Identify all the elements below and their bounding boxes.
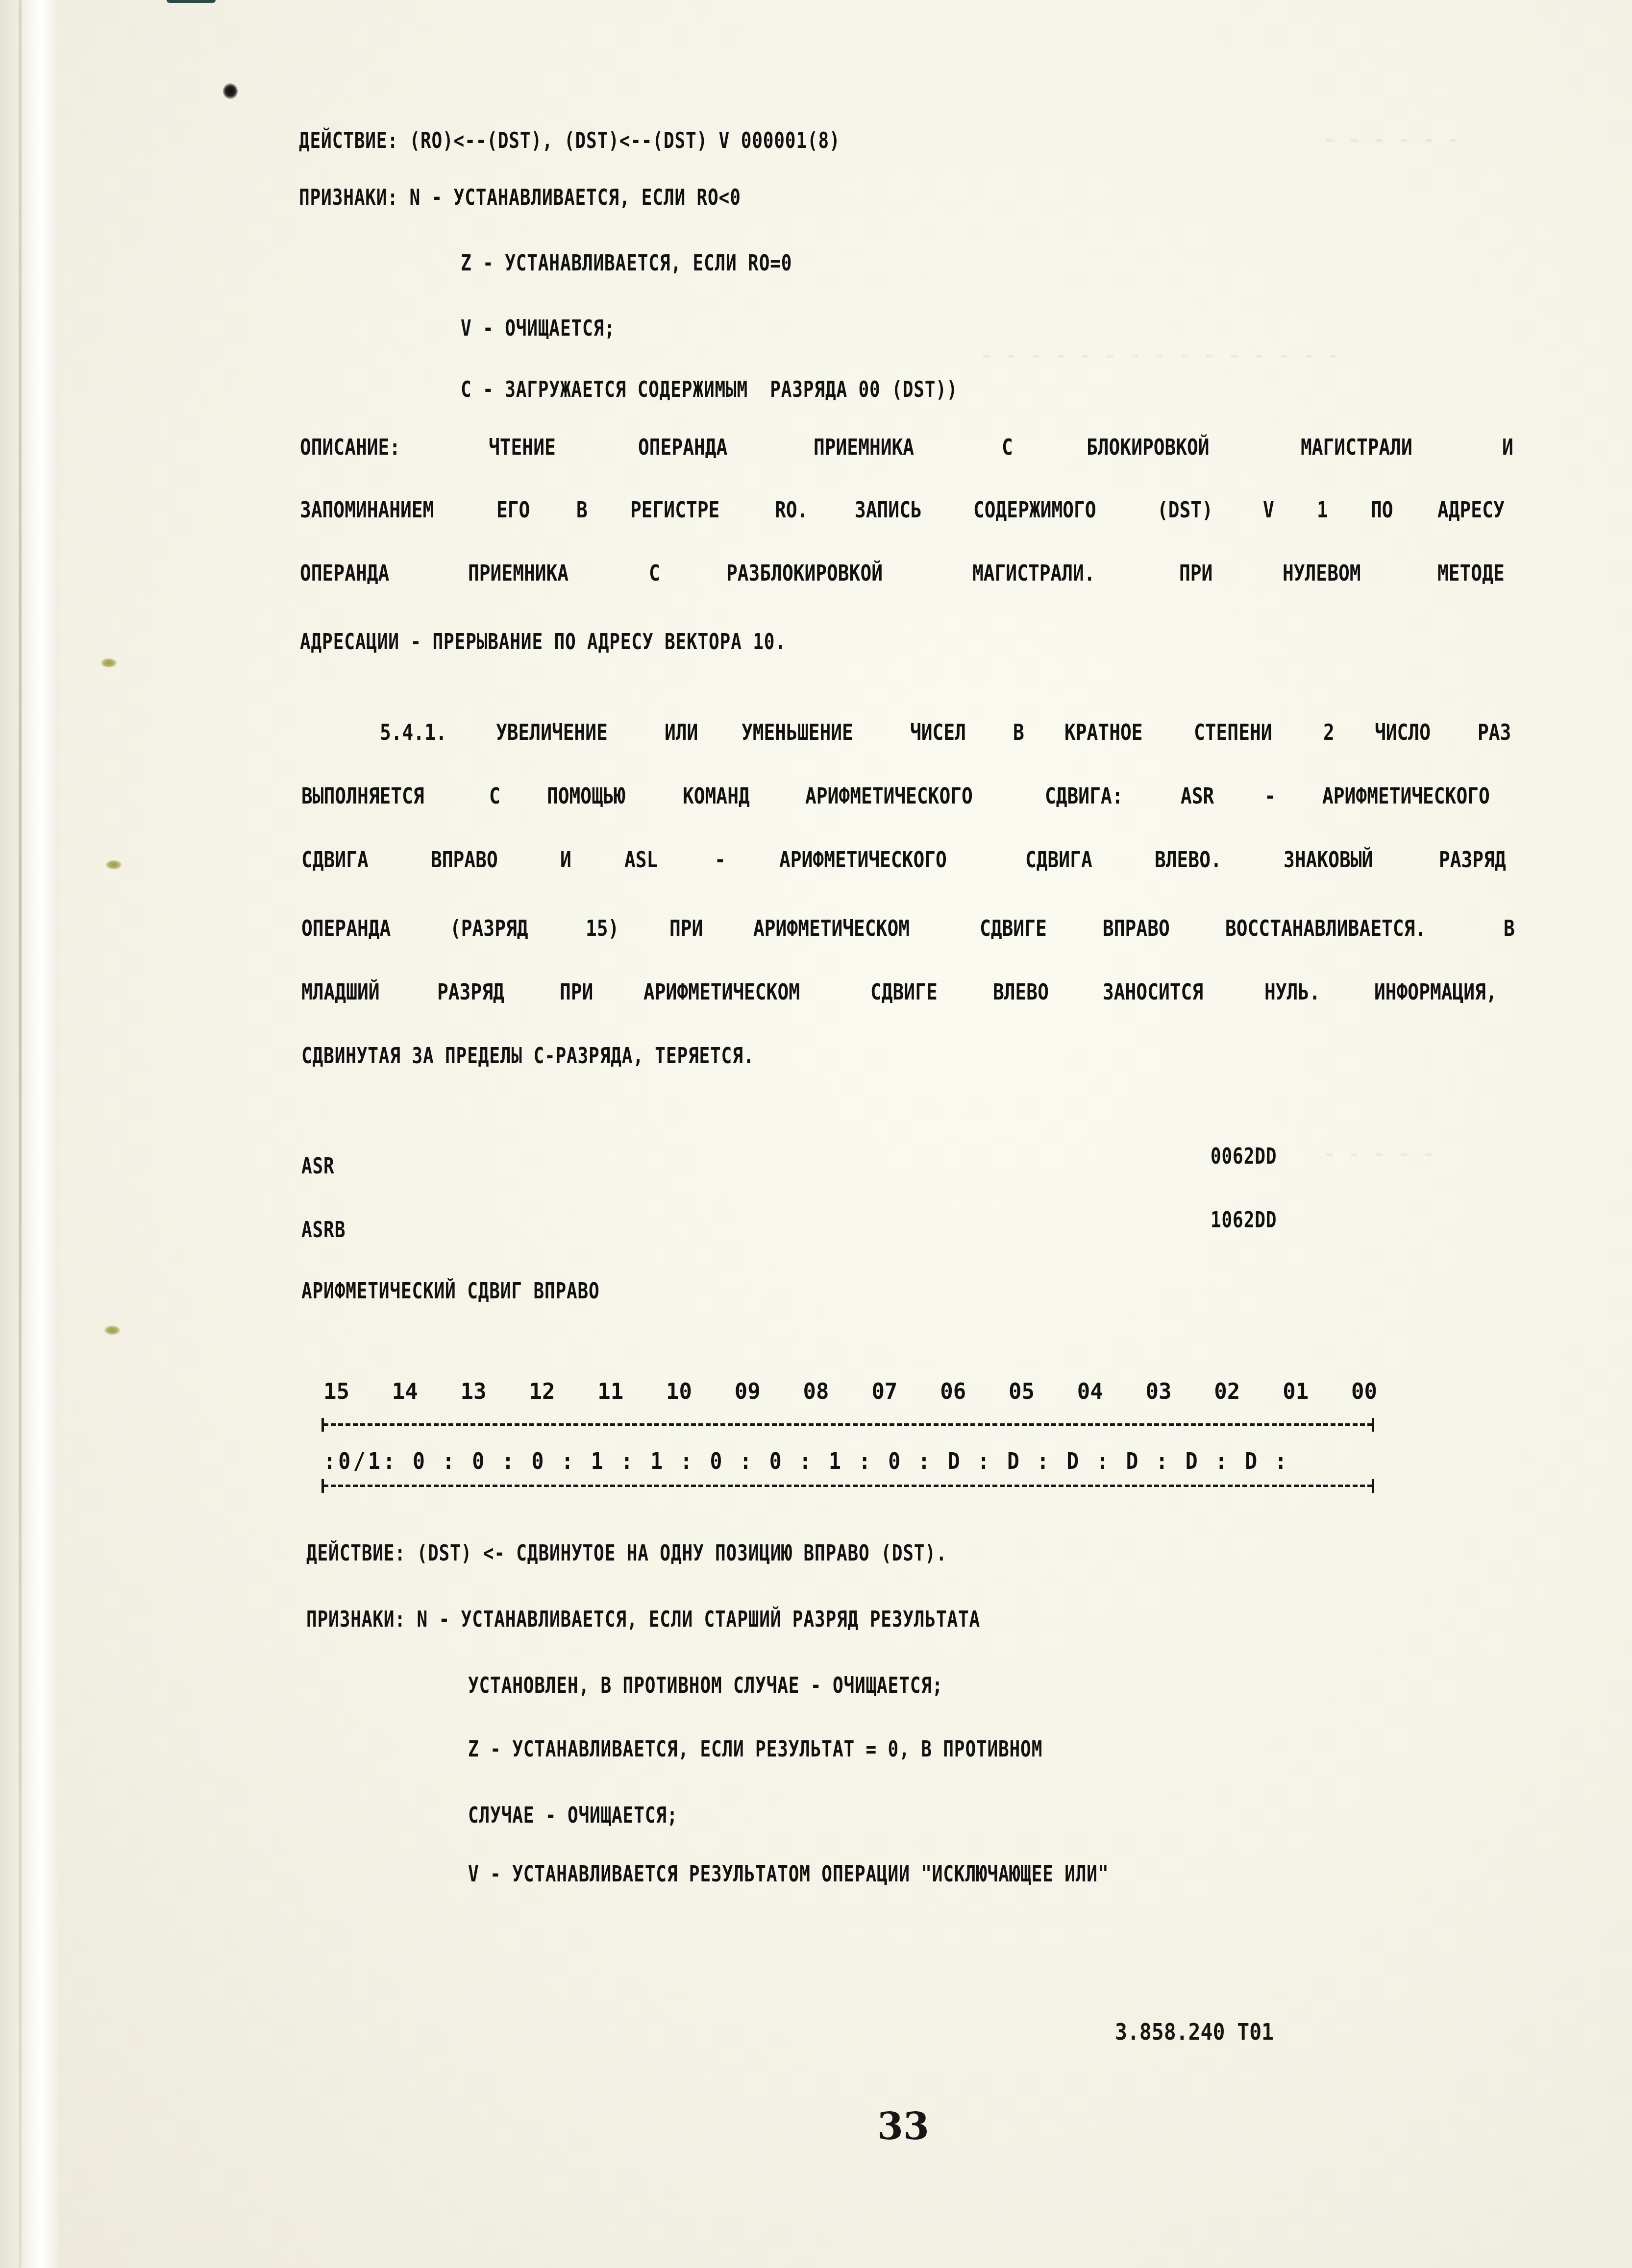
flags-label: ПРИЗНАКИ: [306,1607,406,1632]
flags-line: ПРИЗНАКИ: N - УСТАНАВЛИВАЕТСЯ, ЕСЛИ RO<0 [299,185,741,210]
document-code: 3.858.240 Т01 [1115,2019,1274,2045]
word: СДВИГЕ [980,916,1047,941]
word: 15) [586,916,619,941]
section-line: МЛАДШИЙРАЗРЯДПРИАРИФМЕТИЧЕСКОМСДВИГЕВЛЕВ… [301,980,1517,1005]
paper-crease [19,0,22,2268]
bit-number: 09 [735,1379,761,1404]
word: НУЛЕВОМ [1283,561,1360,586]
bit-number: 10 [666,1379,692,1404]
section-line: СДВИГАВПРАВОИASL-АРИФМЕТИЧЕСКОГОСДВИГАВЛ… [301,848,1517,873]
word: ВЫПОЛНЯЕТСЯ [301,784,424,809]
word: ЗАПОМИНАНИЕМ [300,498,434,523]
word: АДРЕСУ [1437,498,1505,523]
word: С [489,784,500,809]
opcode-code: 1062DD [1211,1208,1277,1233]
word: НУЛЬ. [1264,980,1320,1005]
action-text: (RO)<--(DST), (DST)<--(DST) V 000001(8) [409,128,840,153]
page-number: 33 [877,2104,929,2148]
action-line: ДЕЙСТВИЕ: (RO)<--(DST), (DST)<--(DST) V … [299,128,841,153]
word: УВЕЛИЧЕНИЕ [496,720,608,745]
word: - [715,848,726,873]
flag-n: N - УСТАНАВЛИВАЕТСЯ, ЕСЛИ СТАРШИЙ РАЗРЯД… [417,1607,980,1632]
word: ОПЕРАНДА [638,435,727,460]
bit-number: 05 [1009,1379,1035,1404]
word: ASR [1181,784,1214,809]
word: 2 [1323,720,1335,745]
word: ПРИ [1179,561,1212,586]
bit-number: 13 [461,1379,487,1404]
word: АРИФМЕТИЧЕСКОМ [753,916,910,941]
word: АРИФМЕТИЧЕСКОГО [805,784,973,809]
word: ЧТЕНИЕ [489,435,556,460]
word: ВПРАВО [1103,916,1170,941]
word: РАЗРЯД [1439,848,1506,873]
word: ПРИ [669,916,703,941]
word: СДВИГА: [1045,784,1123,809]
flags-line: ПРИЗНАКИ: N - УСТАНАВЛИВАЕТСЯ, ЕСЛИ СТАР… [306,1607,980,1632]
word: АРИФМЕТИЧЕСКОГО [779,848,947,873]
word: СДВИГЕ [870,980,938,1005]
word: ЗНАКОВЫЙ [1284,848,1373,873]
word: С [1002,435,1013,460]
word: ВЛЕВО [993,980,1049,1005]
bit-number: 12 [529,1379,555,1404]
word: В [576,498,588,523]
description-line: ОПЕРАНДАПРИЕМНИКАСРАЗБЛОКИРОВКОЙМАГИСТРА… [300,561,1515,586]
opcode-mnemonic: ASR [301,1154,335,1179]
word: ПРИЕМНИКА [814,435,914,460]
bit-number: 06 [940,1379,966,1404]
word: ВЛЕВО. [1155,848,1222,873]
word: СОДЕРЖИМОГО [973,498,1096,523]
word: ОПЕРАНДА [300,561,389,586]
flag-v: V - УСТАНАВЛИВАЕТСЯ РЕЗУЛЬТАТОМ ОПЕРАЦИИ… [468,1862,1109,1887]
flag-c: C - ЗАГРУЖАЕТСЯ СОДЕРЖИМЫМ РАЗРЯДА 00 (D… [461,377,958,402]
diagram-top-border [323,1423,1372,1426]
word: ПРИЕМНИКА [468,561,569,586]
bit-number: 15 [323,1379,349,1404]
section-line: ВЫПОЛНЯЕТСЯСПОМОЩЬЮКОМАНДАРИФМЕТИЧЕСКОГО… [301,784,1517,809]
flag-z: Z - УСТАНАВЛИВАЕТСЯ, ЕСЛИ RO=0 [461,251,792,276]
word: БЛОКИРОВКОЙ [1087,435,1210,460]
opcode-code: 0062DD [1211,1144,1277,1169]
word: ЗАПИСЬ [855,498,922,523]
word: ЕГО [496,498,530,523]
word: РЕГИСТРЕ [630,498,719,523]
flag-z-continued: СЛУЧАЕ - ОЧИЩАЕТСЯ; [468,1803,678,1828]
word: РАЗ [1478,720,1511,745]
word: - [1264,784,1276,809]
word: ЗАНОСИТСЯ [1103,980,1203,1005]
word: 1 [1317,498,1328,523]
word: ОПИСАНИЕ: [300,435,400,460]
bit-number: 00 [1351,1379,1377,1404]
bit-number: 07 [871,1379,897,1404]
section-line: ОПЕРАНДА(РАЗРЯД15)ПРИАРИФМЕТИЧЕСКОМСДВИГ… [301,916,1517,941]
binding-hole-icon [105,860,122,870]
word: СТЕПЕНИ [1194,720,1272,745]
word: (DST) [1157,498,1213,523]
bit-number: 01 [1283,1379,1309,1404]
word: ИЛИ [665,720,698,745]
word: ЧИСЛО [1375,720,1431,745]
word: ПРИ [560,980,593,1005]
action-text: (DST) <- СДВИНУТОЕ НА ОДНУ ПОЗИЦИЮ ВПРАВ… [417,1541,947,1566]
word: КРАТНОЕ [1064,720,1142,745]
word: МЕТОДЕ [1437,561,1505,586]
shift-diagram-title: АРИФМЕТИЧЕСКИЙ СДВИГ ВПРАВО [301,1279,600,1304]
ink-blot-icon [223,83,238,99]
word: ИНФОРМАЦИЯ, [1374,980,1497,1005]
binding-hole-icon [104,1325,121,1335]
flag-z: Z - УСТАНАВЛИВАЕТСЯ, ЕСЛИ РЕЗУЛЬТАТ = 0,… [468,1737,1042,1762]
description-line-last: АДРЕСАЦИИ - ПРЕРЫВАНИЕ ПО АДРЕСУ ВЕКТОРА… [300,630,786,655]
word: РАЗБЛОКИРОВКОЙ [726,561,883,586]
bit-number: 04 [1077,1379,1103,1404]
word: МЛАДШИЙ [301,980,379,1005]
description-line: ЗАПОМИНАНИЕМЕГОВРЕГИСТРЕRO.ЗАПИСЬСОДЕРЖИ… [300,498,1515,523]
flag-v: V - ОЧИЩАЕТСЯ; [461,316,616,341]
opcode-mnemonic: ASRB [301,1218,346,1243]
page-binding-edge [0,0,59,2268]
bit-number: 03 [1146,1379,1172,1404]
action-label: ДЕЙСТВИЕ: [299,128,398,153]
word: КОМАНД [683,784,750,809]
word: RO. [775,498,808,523]
flags-label: ПРИЗНАКИ: [299,185,398,210]
word: ВПРАВО [431,848,498,873]
flag-n-continued: УСТАНОВЛЕН, В ПРОТИВНОМ СЛУЧАЕ - ОЧИЩАЕТ… [468,1673,943,1698]
word: ASL [624,848,658,873]
word: МАГИСТРАЛИ [1301,435,1412,460]
word: МАГИСТРАЛИ. [972,561,1095,586]
action-label: ДЕЙСТВИЕ: [306,1541,406,1566]
word: В [1504,916,1515,941]
flag-n: N - УСТАНАВЛИВАЕТСЯ, ЕСЛИ RO<0 [409,185,741,210]
bit-number-row: 15141312111009080706050403020100 [323,1379,1377,1404]
top-edge-tab [167,0,216,3]
word: И [1502,435,1513,460]
word: (РАЗРЯД [450,916,528,941]
word: СДВИГА [1025,848,1092,873]
bit-value-row: :0/1: 0 : 0 : 0 : 1 : 1 : 0 : 0 : 1 : 0 … [323,1448,1289,1474]
word: В [1013,720,1024,745]
scanned-page: - - - - - - - - - - - - - - - - - - - - … [0,0,1632,2268]
section-line: 5.4.1.УВЕЛИЧЕНИЕИЛИУМЕНЬШЕНИЕЧИСЕЛВКРАТН… [380,720,1517,745]
word: ЧИСЕЛ [910,720,966,745]
word: V [1263,498,1274,523]
word: АРИФМЕТИЧЕСКОМ [643,980,800,1005]
binding-hole-icon [100,658,117,668]
bit-number: 08 [803,1379,829,1404]
word: АРИФМЕТИЧЕСКОГО [1322,784,1490,809]
bit-number: 11 [597,1379,623,1404]
diagram-bottom-border [323,1485,1372,1487]
word: 5.4.1. [380,720,447,745]
word: С [649,561,660,586]
word: СДВИГА [301,848,369,873]
bit-number: 14 [392,1379,418,1404]
word: ПО [1371,498,1393,523]
description-line: ОПИСАНИЕ:ЧТЕНИЕОПЕРАНДАПРИЕМНИКАСБЛОКИРО… [300,435,1515,460]
word: ПОМОЩЬЮ [547,784,625,809]
section-line-last: СДВИНУТАЯ ЗА ПРЕДЕЛЫ С-РАЗРЯДА, ТЕРЯЕТСЯ… [301,1044,754,1069]
word: УМЕНЬШЕНИЕ [742,720,853,745]
word: РАЗРЯД [437,980,504,1005]
word: И [560,848,571,873]
action-line: ДЕЙСТВИЕ: (DST) <- СДВИНУТОЕ НА ОДНУ ПОЗ… [306,1541,947,1566]
bit-number: 02 [1214,1379,1240,1404]
word: ВОССТАНАВЛИВАЕТСЯ. [1225,916,1426,941]
word: ОПЕРАНДА [301,916,391,941]
